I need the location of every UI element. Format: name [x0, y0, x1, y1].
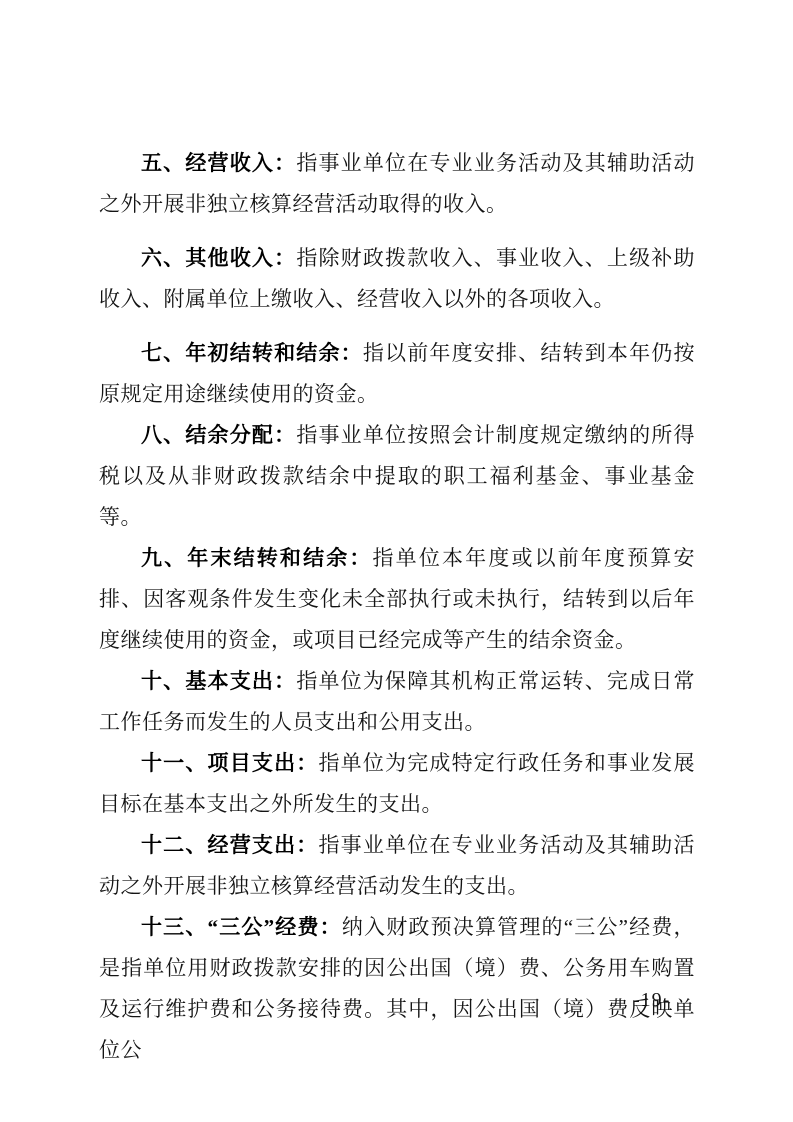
paragraph: 九、年末结转和结余：指单位本年度或以前年度预算安排、因客观条件发生变化未全部执行…: [99, 538, 695, 661]
paragraph-heading: 十二、经营支出：: [141, 833, 319, 857]
paragraph: 十一、项目支出：指单位为完成特定行政任务和事业发展目标在基本支出之外所发生的支出…: [99, 743, 695, 825]
paragraph-heading: 十一、项目支出：: [141, 751, 319, 775]
paragraph: 十三、“三公”经费：纳入财政预决算管理的“三公”经费，是指单位用财政拨款安排的因…: [99, 907, 695, 1071]
paragraph-heading: 六、其他收入：: [141, 246, 296, 270]
paragraph: 十二、经营支出：指事业单位在专业业务活动及其辅助活动之外开展非独立核算经营活动发…: [99, 825, 695, 907]
paragraph-heading: 七、年初结转和结余：: [141, 341, 363, 365]
paragraph: 五、经营收入：指事业单位在专业业务活动及其辅助活动之外开展非独立核算经营活动取得…: [99, 143, 695, 225]
page-number: -19-: [633, 988, 670, 1012]
paragraph: 七、年初结转和结余：指以前年度安排、结转到本年仍按原规定用途继续使用的资金。: [99, 333, 695, 415]
paragraph-heading: 五、经营收入：: [141, 151, 296, 175]
paragraph-heading: 十三、“三公”经费：: [141, 915, 342, 939]
paragraph: 十、基本支出：指单位为保障其机构正常运转、完成日常工作任务而发生的人员支出和公用…: [99, 661, 695, 743]
paragraph: 八、结余分配：指事业单位按照会计制度规定缴纳的所得税以及从非财政拨款结余中提取的…: [99, 415, 695, 538]
document-body: 五、经营收入：指事业单位在专业业务活动及其辅助活动之外开展非独立核算经营活动取得…: [99, 143, 695, 1071]
paragraph-heading: 九、年末结转和结余：: [141, 546, 373, 570]
paragraph: 六、其他收入：指除财政拨款收入、事业收入、上级补助收入、附属单位上缴收入、经营收…: [99, 238, 695, 320]
paragraph-heading: 八、结余分配：: [141, 423, 296, 447]
document-page: 五、经营收入：指事业单位在专业业务活动及其辅助活动之外开展非独立核算经营活动取得…: [0, 0, 793, 1122]
paragraph-heading: 十、基本支出：: [141, 669, 296, 693]
